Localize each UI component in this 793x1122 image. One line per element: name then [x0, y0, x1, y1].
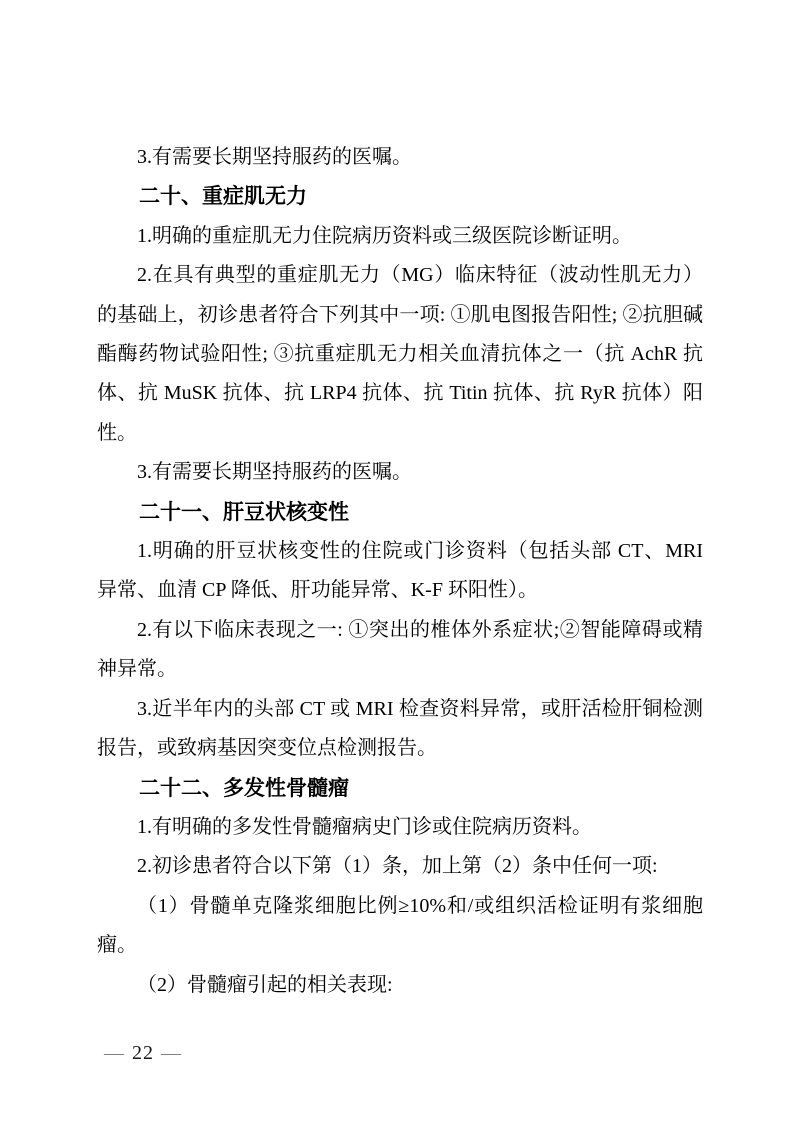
page-footer: —22—: [104, 1042, 182, 1064]
paragraph: （1）骨髓单克隆浆细胞比例≥10%和/或组织活检证明有浆细胞瘤。: [97, 887, 703, 966]
footer-page-number: 22: [132, 1042, 154, 1064]
paragraph: 2.初诊患者符合以下第（1）条，加上第（2）条中任何一项:: [97, 847, 703, 886]
paragraph: 1.有明确的多发性骨髓瘤病史门诊或住院病历资料。: [97, 808, 703, 847]
section-heading: 二十一、肝豆状核变性: [97, 493, 703, 532]
paragraph: 1.明确的肝豆状核变性的住院或门诊资料（包括头部 CT、MRI 异常、血清 CP…: [97, 532, 703, 611]
section-heading: 二十、重症肌无力: [97, 177, 703, 216]
paragraph: 1.明确的重症肌无力住院病历资料或三级医院诊断证明。: [97, 217, 703, 256]
footer-dash-left: —: [104, 1042, 125, 1064]
section-heading: 二十二、多发性骨髓瘤: [97, 769, 703, 808]
document-body: 3.有需要长期坚持服药的医嘱。 二十、重症肌无力 1.明确的重症肌无力住院病历资…: [97, 138, 703, 1005]
footer-dash-right: —: [161, 1042, 182, 1064]
paragraph: 2.有以下临床表现之一: ①突出的椎体外系症状;②智能障碍或精神异常。: [97, 611, 703, 690]
paragraph: （2）骨髓瘤引起的相关表现:: [97, 966, 703, 1005]
paragraph: 2.在具有典型的重症肌无力（MG）临床特征（波动性肌无力）的基础上，初诊患者符合…: [97, 256, 703, 453]
paragraph: 3.有需要长期坚持服药的医嘱。: [97, 453, 703, 492]
paragraph: 3.有需要长期坚持服药的医嘱。: [97, 138, 703, 177]
paragraph: 3.近半年内的头部 CT 或 MRI 检查资料异常，或肝活检肝铜检测报告，或致病…: [97, 690, 703, 769]
document-page: 3.有需要长期坚持服药的医嘱。 二十、重症肌无力 1.明确的重症肌无力住院病历资…: [0, 0, 793, 1122]
